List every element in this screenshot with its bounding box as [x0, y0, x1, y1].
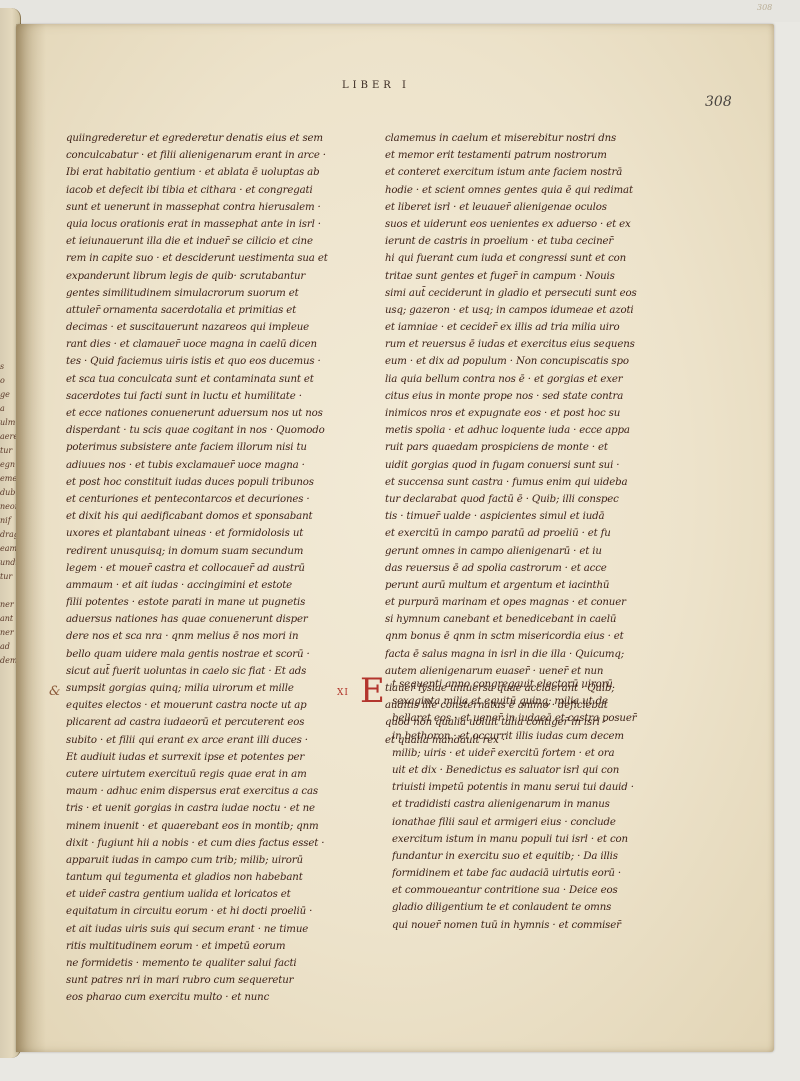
text-line: in bethoron · et occurrit illis iudas cu… — [392, 728, 682, 745]
text-line: exercitum istum in manu populi tui isrl … — [392, 831, 682, 848]
text-line: si hymnum canebant et benedicebant in ca… — [385, 611, 675, 628]
text-line: gladio diligentium te et conlaudent te o… — [392, 899, 682, 916]
previous-page-text-fragment: dem — [0, 654, 17, 668]
text-line: decimas · et suscitauerunt nazareos qui … — [66, 319, 356, 336]
text-line: sicut aut̄ fuerit uoluntas in caelo sic … — [66, 663, 356, 680]
text-line: facta ē salus magna in isrl in die illa … — [385, 646, 675, 663]
right-column-new-chapter: t sequenti anno congregauit electorū uir… — [392, 676, 682, 934]
previous-page-text-fragment: eam — [0, 542, 17, 556]
previous-page-text-fragment: o — [0, 374, 5, 388]
text-line: et liberet isrl · et leuauer̄ alienigena… — [385, 199, 675, 216]
decorated-initial: E — [360, 674, 385, 708]
previous-page-text-fragment: ge — [0, 388, 10, 402]
previous-page-text-fragment: dub — [0, 486, 15, 500]
text-line: quia locus orationis erat in massephat a… — [66, 216, 356, 233]
text-line: clamemus in caelum et miserebitur nostri… — [385, 130, 675, 147]
text-line: plicarent ad castra iudaeorū et percuter… — [66, 714, 356, 731]
text-line: poterimus subsistere ante faciem illorum… — [66, 439, 356, 456]
text-line: tur declarabat quod factū ē · Quib; illi… — [385, 491, 675, 508]
text-line: lia quia bellum contra nos ē · et gorgia… — [385, 371, 675, 388]
text-line: et purpurā marinam et opes magnas · et c… — [385, 594, 675, 611]
text-line: sexaginta milia et equitū quinq; milia u… — [392, 693, 682, 710]
text-line: cutere uirtutem exercituū regis quae era… — [66, 766, 356, 783]
text-line: aduersus nationes has quae conuenerunt d… — [66, 611, 356, 628]
text-line: gerunt omnes in campo alienigenarū · et … — [385, 543, 675, 560]
text-line: et ecce nationes conuenerunt aduersum no… — [66, 405, 356, 422]
text-line: bello quam uidere mala gentis nostrae et… — [66, 646, 356, 663]
folio-number: 308 — [705, 94, 732, 110]
text-line: minem inuenit · et quaerebant eos in mon… — [66, 818, 356, 835]
text-line: sunt et uenerunt in massephat contra hie… — [66, 199, 356, 216]
text-line: et dixit his qui aedificabant domos et s… — [66, 508, 356, 525]
text-line: ammaum · et ait iudas · accingimini et e… — [66, 577, 356, 594]
text-line: ritis multitudinem eorum · et impetū eor… — [66, 938, 356, 955]
text-line: et centuriones et pentecontarcos et decu… — [66, 491, 356, 508]
text-line: equitatum in circuitu eorum · et hi doct… — [66, 903, 356, 920]
left-text-column: quiingrederetur et egrederetur denatis e… — [66, 130, 356, 1007]
paragraph-mark: & — [49, 684, 61, 699]
text-line: ruit pars quaedam prospiciens de monte ·… — [385, 439, 675, 456]
right-text-column: clamemus in caelum et miserebitur nostri… — [385, 130, 675, 749]
text-line: uxores et plantabant uineas · et formido… — [66, 525, 356, 542]
gutter-shadow — [16, 24, 46, 1052]
text-line: tantum qui tegumenta et gladios non habe… — [66, 869, 356, 886]
text-line: et memor erit testamenti patrum nostroru… — [385, 147, 675, 164]
text-line: t sequenti anno congregauit electorū uir… — [392, 676, 682, 693]
text-line: rem in capite suo · et desciderunt uesti… — [66, 250, 356, 267]
text-line: quiingrederetur et egrederetur denatis e… — [66, 130, 356, 147]
previous-page-text-fragment: ad — [0, 640, 10, 654]
text-line: qnm bonus ē qnm in sctm misericordia eiu… — [385, 628, 675, 645]
text-line: simi aut̄ ceciderunt in gladio et persec… — [385, 285, 675, 302]
chapter-number: XI — [337, 688, 349, 698]
text-line: uit et dix · Benedictus es saluator isrl… — [392, 762, 682, 779]
text-line: et conteret exercitum istum ante faciem … — [385, 164, 675, 181]
text-line: sumpsit gorgias quinq; milia uirorum et … — [66, 680, 356, 697]
text-line: dixit · fugiunt hii a nobis · et cum die… — [66, 835, 356, 852]
text-line: inimicos nros et expugnate eos · et post… — [385, 405, 675, 422]
text-line: rum et reuersus ē iudas et exercitus eiu… — [385, 336, 675, 353]
text-line: hi qui fuerant cum iuda et congressi sun… — [385, 250, 675, 267]
folio-number-corner: 308 — [757, 3, 772, 12]
text-line: formidinem et tabe fac audaciā uirtutis … — [392, 865, 682, 882]
text-line: disperdant · tu scis quae cogitant in no… — [66, 422, 356, 439]
previous-page-text-fragment: ner — [0, 598, 14, 612]
previous-page-text-fragment: ner — [0, 626, 14, 640]
text-line: attuler̄ ornamenta sacerdotalia et primi… — [66, 302, 356, 319]
text-line: et iamniae · et cecider̄ ex illis ad tri… — [385, 319, 675, 336]
text-line: ionathae filii saul et armigeri eius · c… — [392, 814, 682, 831]
text-line: conculcabatur · et filii alienigenarum e… — [66, 147, 356, 164]
previous-page-text-fragment: tur — [0, 444, 12, 458]
previous-page-text-fragment: egn — [0, 458, 15, 472]
previous-page-text-fragment: ant — [0, 612, 13, 626]
text-line: et succensa sunt castra · fumus enim qui… — [385, 474, 675, 491]
running-head: LIBER I — [342, 80, 410, 91]
text-line: eum · et dix ad populum · Non concupisca… — [385, 353, 675, 370]
text-line: uidit gorgias quod in fugam conuersi sun… — [385, 457, 675, 474]
text-line: filii potentes · estote parati in mane u… — [66, 594, 356, 611]
text-line: et ait iudas uiris suis qui secum erant … — [66, 921, 356, 938]
previous-page-text-fragment: nif — [0, 514, 11, 528]
text-line: das reuersus ē ad spolia castrorum · et … — [385, 560, 675, 577]
previous-page-text-fragment: s — [0, 360, 4, 374]
text-line: equites electos · et mouerunt castra noc… — [66, 697, 356, 714]
previous-page-text-fragment: ulm — [0, 416, 15, 430]
text-line: bellaret eos · et uener̄ in iudaeā et ca… — [392, 710, 682, 727]
text-line: tes · Quid faciemus uiris istis et quo e… — [66, 353, 356, 370]
text-line: tis · timuer̄ ualde · aspicientes simul … — [385, 508, 675, 525]
text-line: gentes similitudinem simulacrorum suorum… — [66, 285, 356, 302]
text-line: usq; gazeron · et usq; in campos idumeae… — [385, 302, 675, 319]
text-line: et uider̄ castra gentium ualida et loric… — [66, 886, 356, 903]
text-line: citus eius in monte prope nos · sed stat… — [385, 388, 675, 405]
text-line: expanderunt librum legis de quib· scruta… — [66, 268, 356, 285]
text-line: dere nos et sca nra · qnm melius ē nos m… — [66, 628, 356, 645]
text-line: Ibi erat habitatio gentium · et ablata ē… — [66, 164, 356, 181]
text-line: sacerdotes tui facti sunt in luctu et hu… — [66, 388, 356, 405]
text-line: perunt aurū multum et argentum et iacint… — [385, 577, 675, 594]
text-line: redirent unusquisq; in domum suam secund… — [66, 543, 356, 560]
text-line: et post hoc constituit iudas duces popul… — [66, 474, 356, 491]
text-line: milib; uiris · et uider̄ exercitū fortem… — [392, 745, 682, 762]
text-line: iacob et defecit ibi tibia et cithara · … — [66, 182, 356, 199]
text-line: qui nouer̄ nomen tuū in hymnis · et comm… — [392, 917, 682, 934]
previous-page-text-fragment: a — [0, 402, 5, 416]
text-line: eos pharao cum exercitu multo · et nunc — [66, 989, 356, 1006]
text-line: et commoueantur contritione sua · Deice … — [392, 882, 682, 899]
text-line: subito · et filii qui erant ex arce eran… — [66, 732, 356, 749]
previous-page-text-fragment: tur — [0, 570, 12, 584]
text-line: et tradidisti castra alienigenarum in ma… — [392, 796, 682, 813]
text-line: maum · adhuc enim dispersus erat exercit… — [66, 783, 356, 800]
text-line: hodie · et scient omnes gentes quia ē qu… — [385, 182, 675, 199]
text-line: legem · et mouer̄ castra et collocauer̄ … — [66, 560, 356, 577]
text-line: suos et uiderunt eos uenientes ex aduers… — [385, 216, 675, 233]
text-line: et ieiunauerunt illa die et induer̄ se c… — [66, 233, 356, 250]
text-line: ne formidetis · memento te qualiter salu… — [66, 955, 356, 972]
text-line: tris · et uenit gorgias in castra iudae … — [66, 800, 356, 817]
text-line: triuisti impetū potentis in manu serui t… — [392, 779, 682, 796]
text-line: adiuues nos · et tubis exclamauer̄ uoce … — [66, 457, 356, 474]
text-line: Et audiuit iudas et surrexit ipse et pot… — [66, 749, 356, 766]
text-line: et sca tua conculcata sunt et contaminat… — [66, 371, 356, 388]
text-line: rant dies · et clamauer̄ uoce magna in c… — [66, 336, 356, 353]
text-line: sunt patres nri in mari rubro cum sequer… — [66, 972, 356, 989]
text-line: apparuit iudas in campo cum trib; milib;… — [66, 852, 356, 869]
text-line: fundantur in exercitu suo et equitib; · … — [392, 848, 682, 865]
text-line: ierunt de castris in proelium · et tuba … — [385, 233, 675, 250]
text-line: et exercitū in campo paratū ad proeliū ·… — [385, 525, 675, 542]
text-line: metis spolia · et adhuc loquente iuda · … — [385, 422, 675, 439]
text-line: tritae sunt gentes et fuger̄ in campum ·… — [385, 268, 675, 285]
scan-background — [0, 0, 800, 22]
